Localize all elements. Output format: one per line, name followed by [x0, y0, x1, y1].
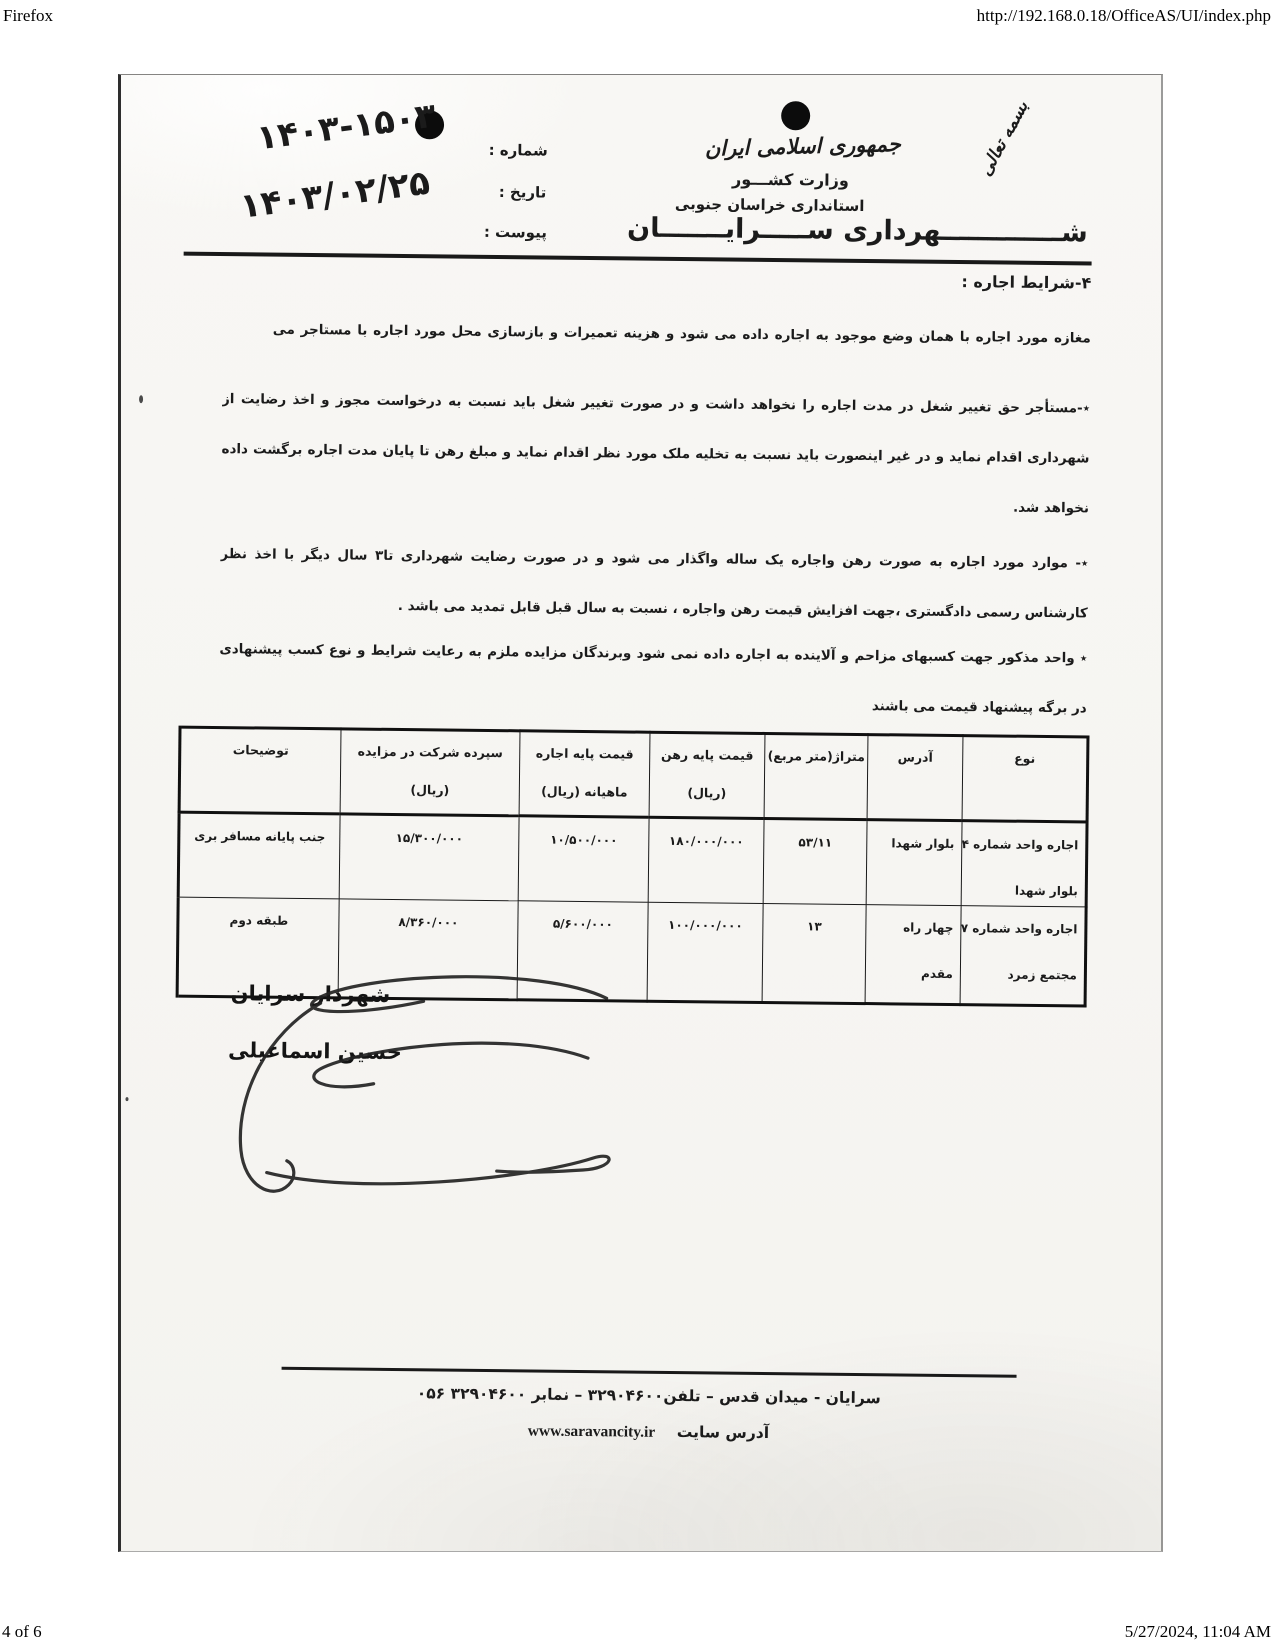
col-header-deposit: سپرده شرکت در مزایده(ریال): [340, 729, 520, 816]
col-header-type: نوع: [962, 736, 1088, 822]
handwritten-signature: [196, 954, 639, 1219]
cell-notes: جنب پایانه مسافر بری: [178, 812, 340, 899]
letterhead-country: جمهوری اسلامی ایران: [673, 131, 934, 161]
letterhead-municipality: شـــــــــــــهرداری ســـــرایـــــــان: [605, 212, 1110, 248]
col-header-mortgage-base: قیمت پایه رهن(ریال): [649, 732, 765, 818]
letterhead-ministry: وزارت کشـــور: [705, 169, 875, 190]
footer-website: آدرس سایت www.saravancity.ir: [281, 1419, 1016, 1446]
print-header-browser: Firefox: [3, 6, 53, 26]
punch-hole-center: [781, 101, 810, 130]
table-row: اجاره واحد شماره ۴بلوار شهدا بلوار شهدا …: [178, 812, 1087, 907]
letterhead-separator-line: [184, 252, 1092, 265]
number-handwritten-value: ۱۴۰۳-۱۵۰۳: [254, 89, 489, 158]
cell-deposit: ۱۵/۳۰۰/۰۰۰: [339, 814, 519, 901]
document-content: بسمه تعالی جمهوری اسلامی ایران وزارت کشـ…: [113, 75, 1169, 1562]
cell-mortgage-base: ۱۸۰/۰۰۰/۰۰۰: [648, 817, 764, 903]
besmele-calligraphy: بسمه تعالی: [967, 98, 1032, 195]
paragraph-line: در برگه پیشنهاد قیمت می باشند: [219, 674, 1087, 733]
paragraph-line: ٭- موارد مورد اجاره به صورت رهن واجاره ی…: [220, 529, 1088, 588]
print-preview-page: { "print_chrome": { "browser": "Firefox"…: [0, 0, 1275, 1650]
number-label: شماره :: [490, 141, 548, 160]
col-header-address: آدرس: [867, 735, 963, 821]
footer-website-url: www.saravancity.ir: [528, 1422, 656, 1440]
letterhead-governorate: استانداری خراسان جنوبی: [662, 195, 877, 215]
cell-area: ۱۳: [762, 903, 866, 1003]
paragraph-1: مغازه مورد اجاره با همان وضع موجود به اج…: [273, 305, 1091, 364]
paragraph-line: شهرداری اقدام نماید و در غیر اینصورت بای…: [221, 424, 1089, 483]
scan-artifact-speck: [139, 395, 143, 403]
cell-type: اجاره واحد شماره ۴بلوار شهدا: [961, 821, 1087, 907]
paragraph-line: ٭ واحد مذکور جهت کسبهای مزاحم و آلاینده …: [219, 624, 1087, 683]
scanned-document-page: بسمه تعالی جمهوری اسلامی ایران وزارت کشـ…: [118, 74, 1163, 1552]
cell-area: ۵۳/۱۱: [763, 818, 867, 904]
cell-mortgage-base: ۱۰۰/۰۰۰/۰۰۰: [647, 902, 763, 1002]
paragraph-2: ٭-مستأجر حق تغییر شغل در مدت اجاره را نخ…: [221, 374, 1091, 533]
footer-website-label: آدرس سایت: [677, 1423, 769, 1442]
cell-address: چهار راهمقدم: [865, 905, 961, 1005]
attachment-label: پیوست :: [479, 223, 547, 242]
cell-rent-base: ۱۰/۵۰۰/۰۰۰: [518, 816, 649, 902]
col-header-area: متراژ(متر مربع): [764, 733, 868, 819]
paragraph-3: ٭- موارد مورد اجاره به صورت رهن واجاره ی…: [220, 529, 1089, 638]
section-heading: ۴-شرایط اجاره :: [828, 271, 1091, 293]
paragraph-line: مغازه مورد اجاره با همان وضع موجود به اج…: [273, 305, 1091, 364]
footer-address: سرایان - میدان قدس – تلفن۳۲۹۰۴۶۰۰ – نماب…: [281, 1383, 1016, 1409]
date-handwritten-value: ۱۴۰۳/۰۲/۲۵: [238, 156, 481, 226]
paragraph-line: نخواهد شد.: [221, 474, 1089, 533]
cell-address: بلوار شهدا: [866, 820, 962, 906]
cell-type: اجاره واحد شماره ۱۷مجتمع زمرد: [960, 906, 1086, 1006]
print-footer-page-info: 4 of 6: [2, 1622, 42, 1642]
date-label: تاریخ :: [496, 183, 546, 202]
paragraph-4: ٭ واحد مذکور جهت کسبهای مزاحم و آلاینده …: [219, 624, 1088, 733]
table-header-row: نوع آدرس متراژ(متر مربع) قیمت پایه رهن(ر…: [179, 727, 1088, 822]
print-header-url: http://192.168.0.18/OfficeAS/UI/index.ph…: [977, 6, 1271, 26]
col-header-notes: توضیحات: [179, 727, 341, 814]
scan-artifact-speck: [125, 1097, 128, 1101]
print-footer-datetime: 5/27/2024, 11:04 AM: [1125, 1622, 1271, 1642]
footer-separator-line: [282, 1367, 1017, 1377]
col-header-rent-base: قیمت پایه اجارهماهیانه (ریال): [519, 731, 650, 817]
